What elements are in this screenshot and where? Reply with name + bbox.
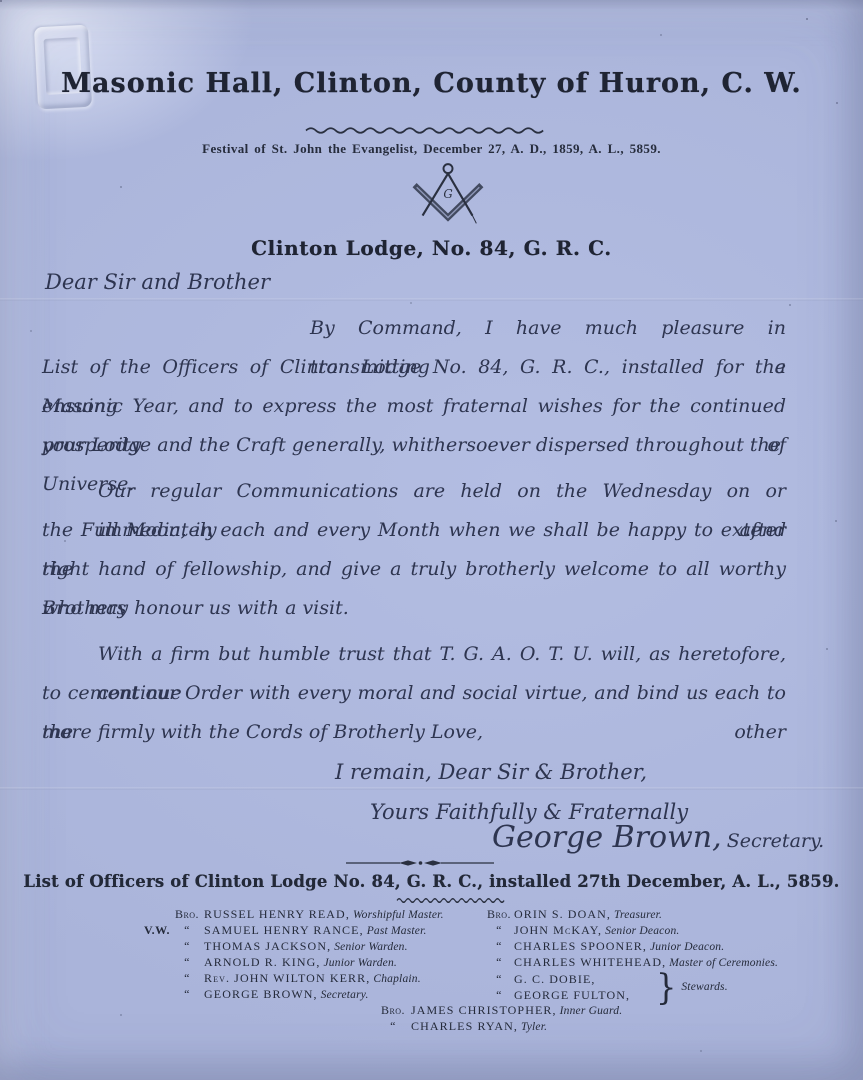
officer-row: “CHARLES RYAN, Tyler. (375, 1018, 622, 1034)
officer-name: GEORGE BROWN, (204, 987, 318, 1001)
officer-name: CHARLES RYAN, (411, 1019, 518, 1033)
festival-line: Festival of St. John the Evangelist, Dec… (0, 141, 863, 157)
page-title: Masonic Hall, Clinton, County of Huron, … (0, 68, 863, 99)
wavy-rule-small (396, 897, 510, 904)
officer-title: Inner Guard. (560, 1005, 623, 1017)
officer-row: “GEORGE FULTON, (484, 987, 656, 1003)
letter-line: right hand of fellowship, and give a tru… (42, 550, 786, 589)
letter-line: who may honour us with a visit. (42, 589, 786, 628)
letter-line: Our regular Communications are held on t… (42, 472, 786, 511)
paragraph-3: With a firm but humble trust that T. G. … (42, 635, 786, 752)
officer-row: “ARNOLD R. KING, Junior Warden. (118, 954, 478, 970)
officers-right-column: Bro.ORIN S. DOAN, Treasurer. “JOHN McKAY… (484, 906, 856, 1004)
signature-name: George Brown, (492, 820, 722, 855)
officer-name: Rev. JOHN WILTON KERR, (204, 971, 370, 985)
signature: George Brown, Secretary. (492, 820, 824, 855)
officer-name: JOHN McKAY, (514, 923, 602, 937)
paragraph-1: By Command, I have much pleasure in tran… (42, 309, 786, 465)
officer-name: ARNOLD R. KING, (204, 955, 321, 969)
officer-title: Treasurer. (614, 909, 662, 921)
officer-title: Senior Deacon. (605, 925, 679, 937)
officer-name: G. C. DOBIE, (514, 971, 656, 987)
officer-name: GEORGE FULTON, (514, 987, 656, 1003)
officer-row: “CHARLES SPOONER, Junior Deacon. (484, 938, 856, 954)
officer-title: Secretary. (321, 989, 369, 1001)
officer-row: “JOHN McKAY, Senior Deacon. (484, 922, 856, 938)
officer-row: Bro.RUSSEL HENRY READ, Worshipful Master… (118, 906, 478, 922)
officer-name: CHARLES SPOONER, (514, 939, 647, 953)
officer-title: Master of Ceremonies. (669, 957, 778, 969)
wavy-rule (304, 126, 556, 135)
officer-name: SAMUEL HENRY RANCE, (204, 923, 364, 937)
officer-title: Junior Deacon. (650, 941, 724, 953)
officer-title: Tyler. (521, 1021, 547, 1033)
letter-line: With a firm but humble trust that T. G. … (42, 635, 786, 674)
officers-bottom-block: Bro.JAMES CHRISTOPHER, Inner Guard. “CHA… (375, 1002, 622, 1034)
officer-row: “Rev. JOHN WILTON KERR, Chaplain. (118, 970, 478, 986)
officer-title: Past Master. (367, 925, 427, 937)
divider-ornament (344, 857, 496, 869)
letter-line: Masonic Year, and to express the most fr… (42, 387, 786, 426)
officers-heading: List of Officers of Clinton Lodge No. 84… (0, 872, 863, 891)
letter-line: your Lodge and the Craft generally, whit… (42, 426, 786, 465)
stewards-brace: } (656, 969, 676, 1004)
letter-body: Dear Sir and Brother By Command, I have … (42, 262, 786, 832)
officer-row: “GEORGE BROWN, Secretary. (118, 986, 478, 1002)
officer-title: Senior Warden. (334, 941, 408, 953)
emblem-letter: G (443, 187, 452, 201)
officer-title: Worshipful Master. (353, 909, 444, 921)
letter-line: to cement our Order with every moral and… (42, 674, 786, 713)
letter-line: List of the Officers of Clinton Lodge No… (42, 348, 786, 387)
salutation: Dear Sir and Brother (42, 262, 786, 302)
paper-specks (0, 0, 2, 2)
officer-title: Junior Warden. (324, 957, 398, 969)
stewards-label: Stewards. (681, 981, 727, 993)
closing-line: I remain, Dear Sir & Brother, (42, 753, 786, 792)
signature-title: Secretary. (727, 830, 825, 852)
officer-name: JAMES CHRISTOPHER, (411, 1003, 557, 1017)
officer-name: ORIN S. DOAN, (514, 907, 611, 921)
officer-row: Bro.JAMES CHRISTOPHER, Inner Guard. (375, 1002, 622, 1018)
letter-line: By Command, I have much pleasure in tran… (42, 309, 786, 348)
officer-row: “G. C. DOBIE, (484, 971, 656, 987)
officer-name: CHARLES WHITEHEAD, (514, 955, 666, 969)
lodge-title: Clinton Lodge, No. 84, G. R. C. (0, 236, 863, 260)
paragraph-2: Our regular Communications are held on t… (42, 472, 786, 628)
officer-row: V.W.“SAMUEL HENRY RANCE, Past Master. (118, 922, 478, 938)
officer-row: Bro.ORIN S. DOAN, Treasurer. (484, 906, 856, 922)
officer-name: THOMAS JACKSON, (204, 939, 331, 953)
stewards-group: “G. C. DOBIE, “GEORGE FULTON, } Stewards… (484, 970, 856, 1004)
letter-page: Masonic Hall, Clinton, County of Huron, … (0, 0, 863, 1080)
letter-line: the Full Moon, in each and every Month w… (42, 511, 786, 550)
officer-row: “THOMAS JACKSON, Senior Warden. (118, 938, 478, 954)
square-and-compasses-icon: G (404, 160, 492, 232)
officer-title: Chaplain. (373, 973, 421, 985)
officers-left-column: Bro.RUSSEL HENRY READ, Worshipful Master… (118, 906, 478, 1002)
officer-name: RUSSEL HENRY READ, (204, 907, 350, 921)
